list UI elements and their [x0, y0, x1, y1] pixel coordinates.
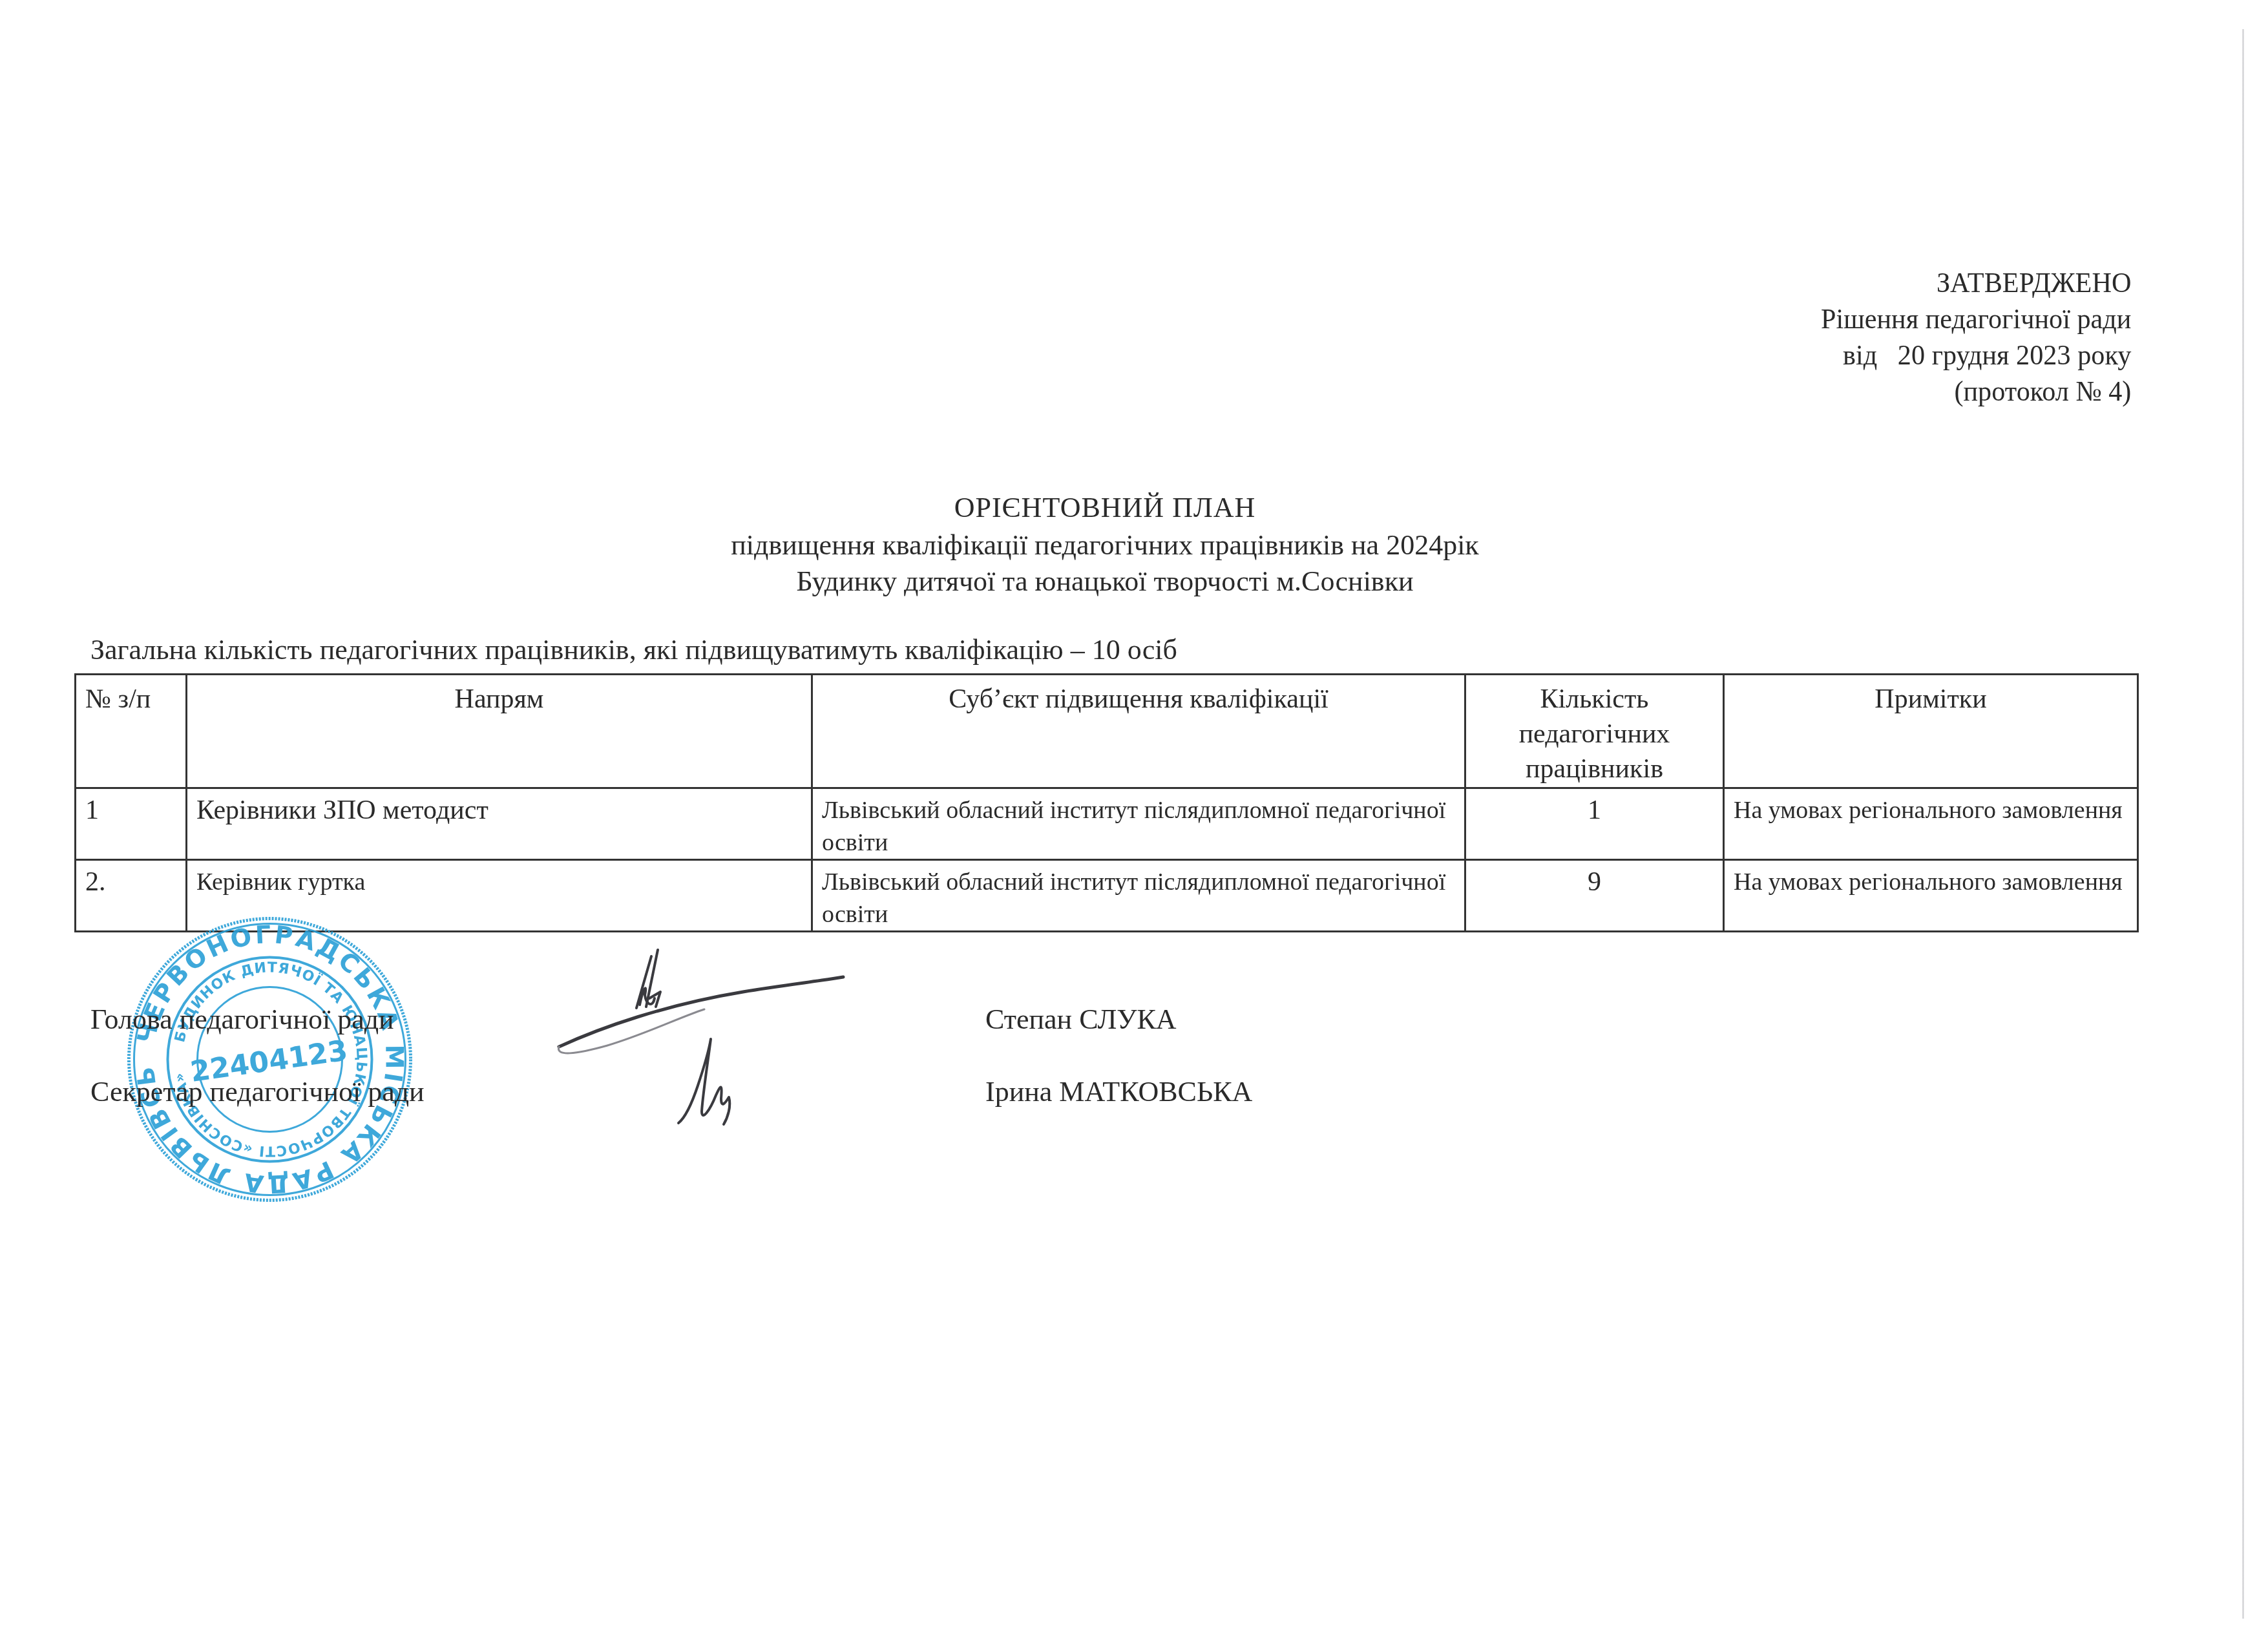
chair-label: Голова педагогічної ради	[90, 1002, 394, 1038]
table-header-row: № з/п Напрям Суб’єкт підвищення кваліфік…	[76, 675, 2138, 788]
cell-notes: На умовах регіонального замовлення	[1724, 788, 2138, 860]
approval-block: ЗАТВЕРДЖЕНО Рішення педагогічної ради ві…	[1821, 265, 2131, 410]
column-header-subject: Суб’єкт підвищення кваліфікації	[812, 675, 1465, 788]
table-row: 1 Керівники ЗПО методист Львівський обла…	[76, 788, 2138, 860]
column-header-notes: Примітки	[1724, 675, 2138, 788]
approval-heading: ЗАТВЕРДЖЕНО	[1821, 265, 2131, 301]
approval-date: від 20 грудня 2023 року	[1821, 337, 2131, 373]
secretary-signature	[672, 1034, 775, 1131]
column-header-number: № з/п	[76, 675, 187, 788]
cell-subject: Львівський обласний інститут післядиплом…	[812, 860, 1465, 932]
cell-number: 1	[76, 788, 187, 860]
cell-count: 9	[1465, 860, 1724, 932]
scan-edge-line	[2242, 29, 2244, 1619]
cell-notes: На умовах регіонального замовлення	[1724, 860, 2138, 932]
document-title-block: ОРІЄНТОВНИЙ ПЛАН підвищення кваліфікації…	[0, 490, 2210, 600]
document-title: ОРІЄНТОВНИЙ ПЛАН	[0, 490, 2210, 526]
column-header-count: Кількість педагогічних працівників	[1465, 675, 1724, 788]
document-subtitle: підвищення кваліфікації педагогічних пра…	[0, 527, 2210, 563]
official-stamp: ЧЕРВОНОГРАДСЬКА МІСЬКА РАДА ЛЬВІВСЬКОЇ О…	[123, 912, 417, 1206]
approval-decision: Рішення педагогічної ради	[1821, 301, 2131, 337]
cell-subject: Львівський обласний інститут післядиплом…	[812, 788, 1465, 860]
chair-name: Степан СЛУКА	[985, 1002, 1177, 1038]
secretary-name: Ірина МАТКОВСЬКА	[985, 1074, 1252, 1110]
summary-line: Загальна кількість педагогічних працівни…	[90, 632, 1177, 668]
document-institution: Будинку дитячої та юнацької творчості м.…	[0, 563, 2210, 600]
secretary-label: Секретар педагогічної ради	[90, 1074, 425, 1110]
column-header-direction: Напрям	[187, 675, 812, 788]
training-plan-table: № з/п Напрям Суб’єкт підвищення кваліфік…	[74, 673, 2139, 932]
cell-direction: Керівники ЗПО методист	[187, 788, 812, 860]
approval-protocol: (протокол № 4)	[1821, 373, 2131, 410]
cell-count: 1	[1465, 788, 1724, 860]
